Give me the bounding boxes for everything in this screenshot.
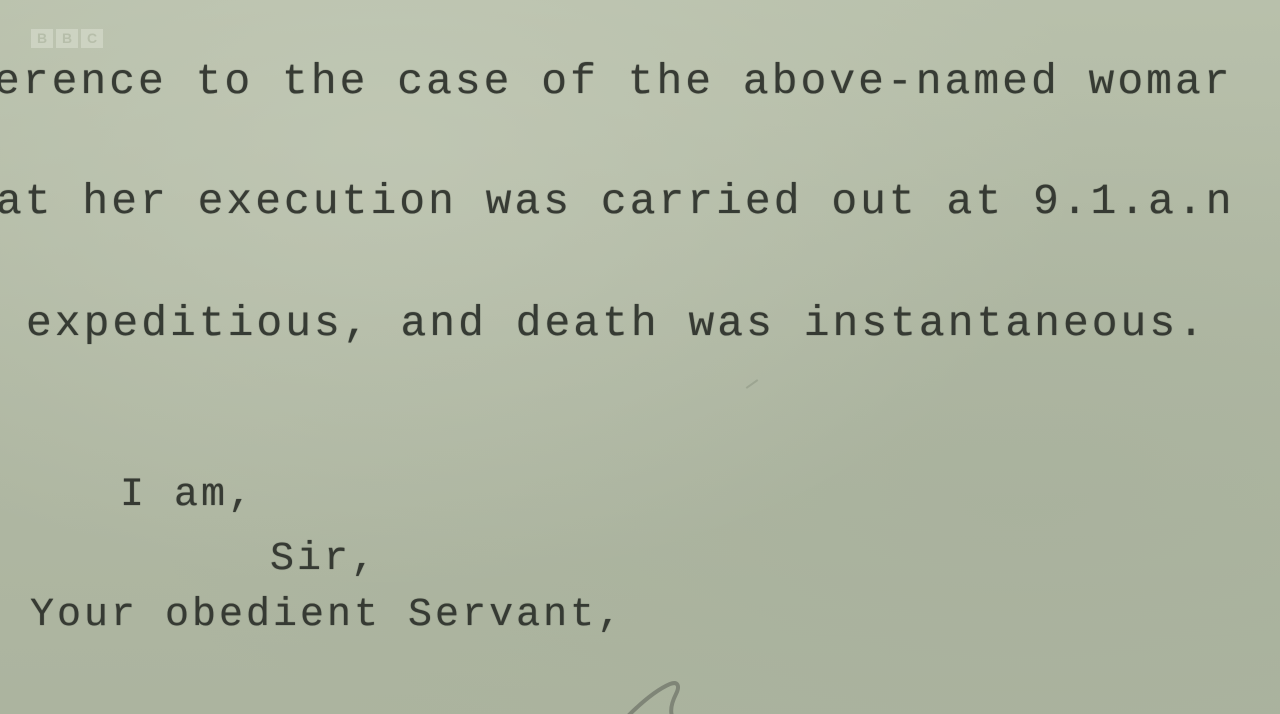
- bbc-logo-block: B: [31, 29, 53, 48]
- bbc-logo: B B C: [31, 29, 103, 48]
- letter-body-line: expeditious, and death was instantaneous…: [26, 302, 1207, 345]
- bbc-logo-block: C: [81, 29, 103, 48]
- closing-salutation: I am,: [120, 476, 255, 516]
- letter-body-line: at her execution was carried out at 9.1.…: [0, 180, 1235, 223]
- bbc-logo-block: B: [56, 29, 78, 48]
- typewritten-letter-page: B B C erence to the case of the above-na…: [0, 0, 1280, 714]
- paper-mark: [746, 379, 759, 389]
- closing-address: Sir,: [270, 540, 378, 580]
- handwritten-signature: [620, 676, 690, 714]
- letter-body-line: erence to the case of the above-named wo…: [0, 60, 1233, 103]
- closing-valediction: Your obedient Servant,: [30, 596, 624, 636]
